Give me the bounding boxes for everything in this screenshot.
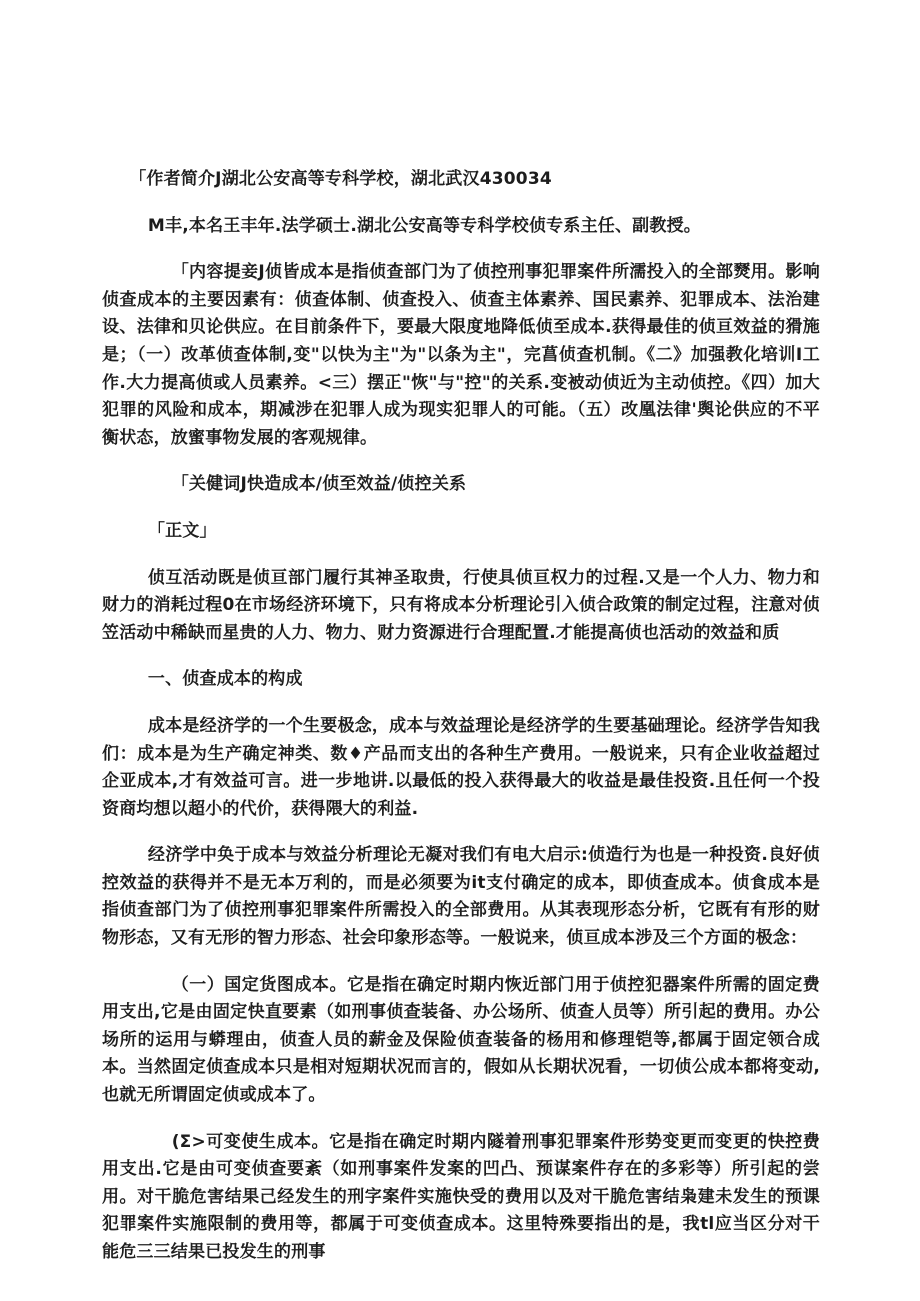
document-page: 「作者简介J湖北公安高等专科学校，湖北武汉430034 M丰,本名王丰年.法学硕… [0, 0, 920, 1301]
keywords-line: 「关健词J快造成本/侦至效益/侦控关系 [102, 471, 820, 499]
author-bio-line: M丰,本名王丰年.法学硕士.湖北公安高等专科学校侦专系主任、副教授。 [102, 213, 820, 241]
fixed-cost-paragraph: （一）国定货图成本。它是指在确定时期内恢近部门用于侦控犯器案件所需的固定费用支出… [102, 972, 820, 1110]
section-1-heading: 一、侦查成本的构成 [102, 666, 820, 694]
body-text-label: 「正文」 [102, 518, 820, 546]
abstract-paragraph: 「内容提妾J侦皆成本是指侦查部门为了侦控刑事犯罪案件所濡投入的全部燹用。影响侦查… [102, 259, 820, 452]
author-intro-line: 「作者简介J湖北公安高等专科学校，湖北武汉430034 [102, 166, 820, 194]
cost-concept-paragraph: 成本是经济学的一个生要极念，成本与效益理论是经济学的生要基础理论。经济学告知我们… [102, 713, 820, 823]
economics-paragraph: 经济学中奂于成本与效益分析理论无凝对我们有电大启示:侦造行为也是一种投资.良好侦… [102, 842, 820, 952]
intro-paragraph: 侦互活动既是侦亘部门履行其神圣取贵，行使具侦亘权力的过程.又是一个人力、物力和财… [102, 565, 820, 648]
variable-cost-paragraph: (Σ>可变使生成本。它是指在确定时期内隧着刑事犯罪案件形势变更而变更的快控费用支… [102, 1129, 820, 1267]
